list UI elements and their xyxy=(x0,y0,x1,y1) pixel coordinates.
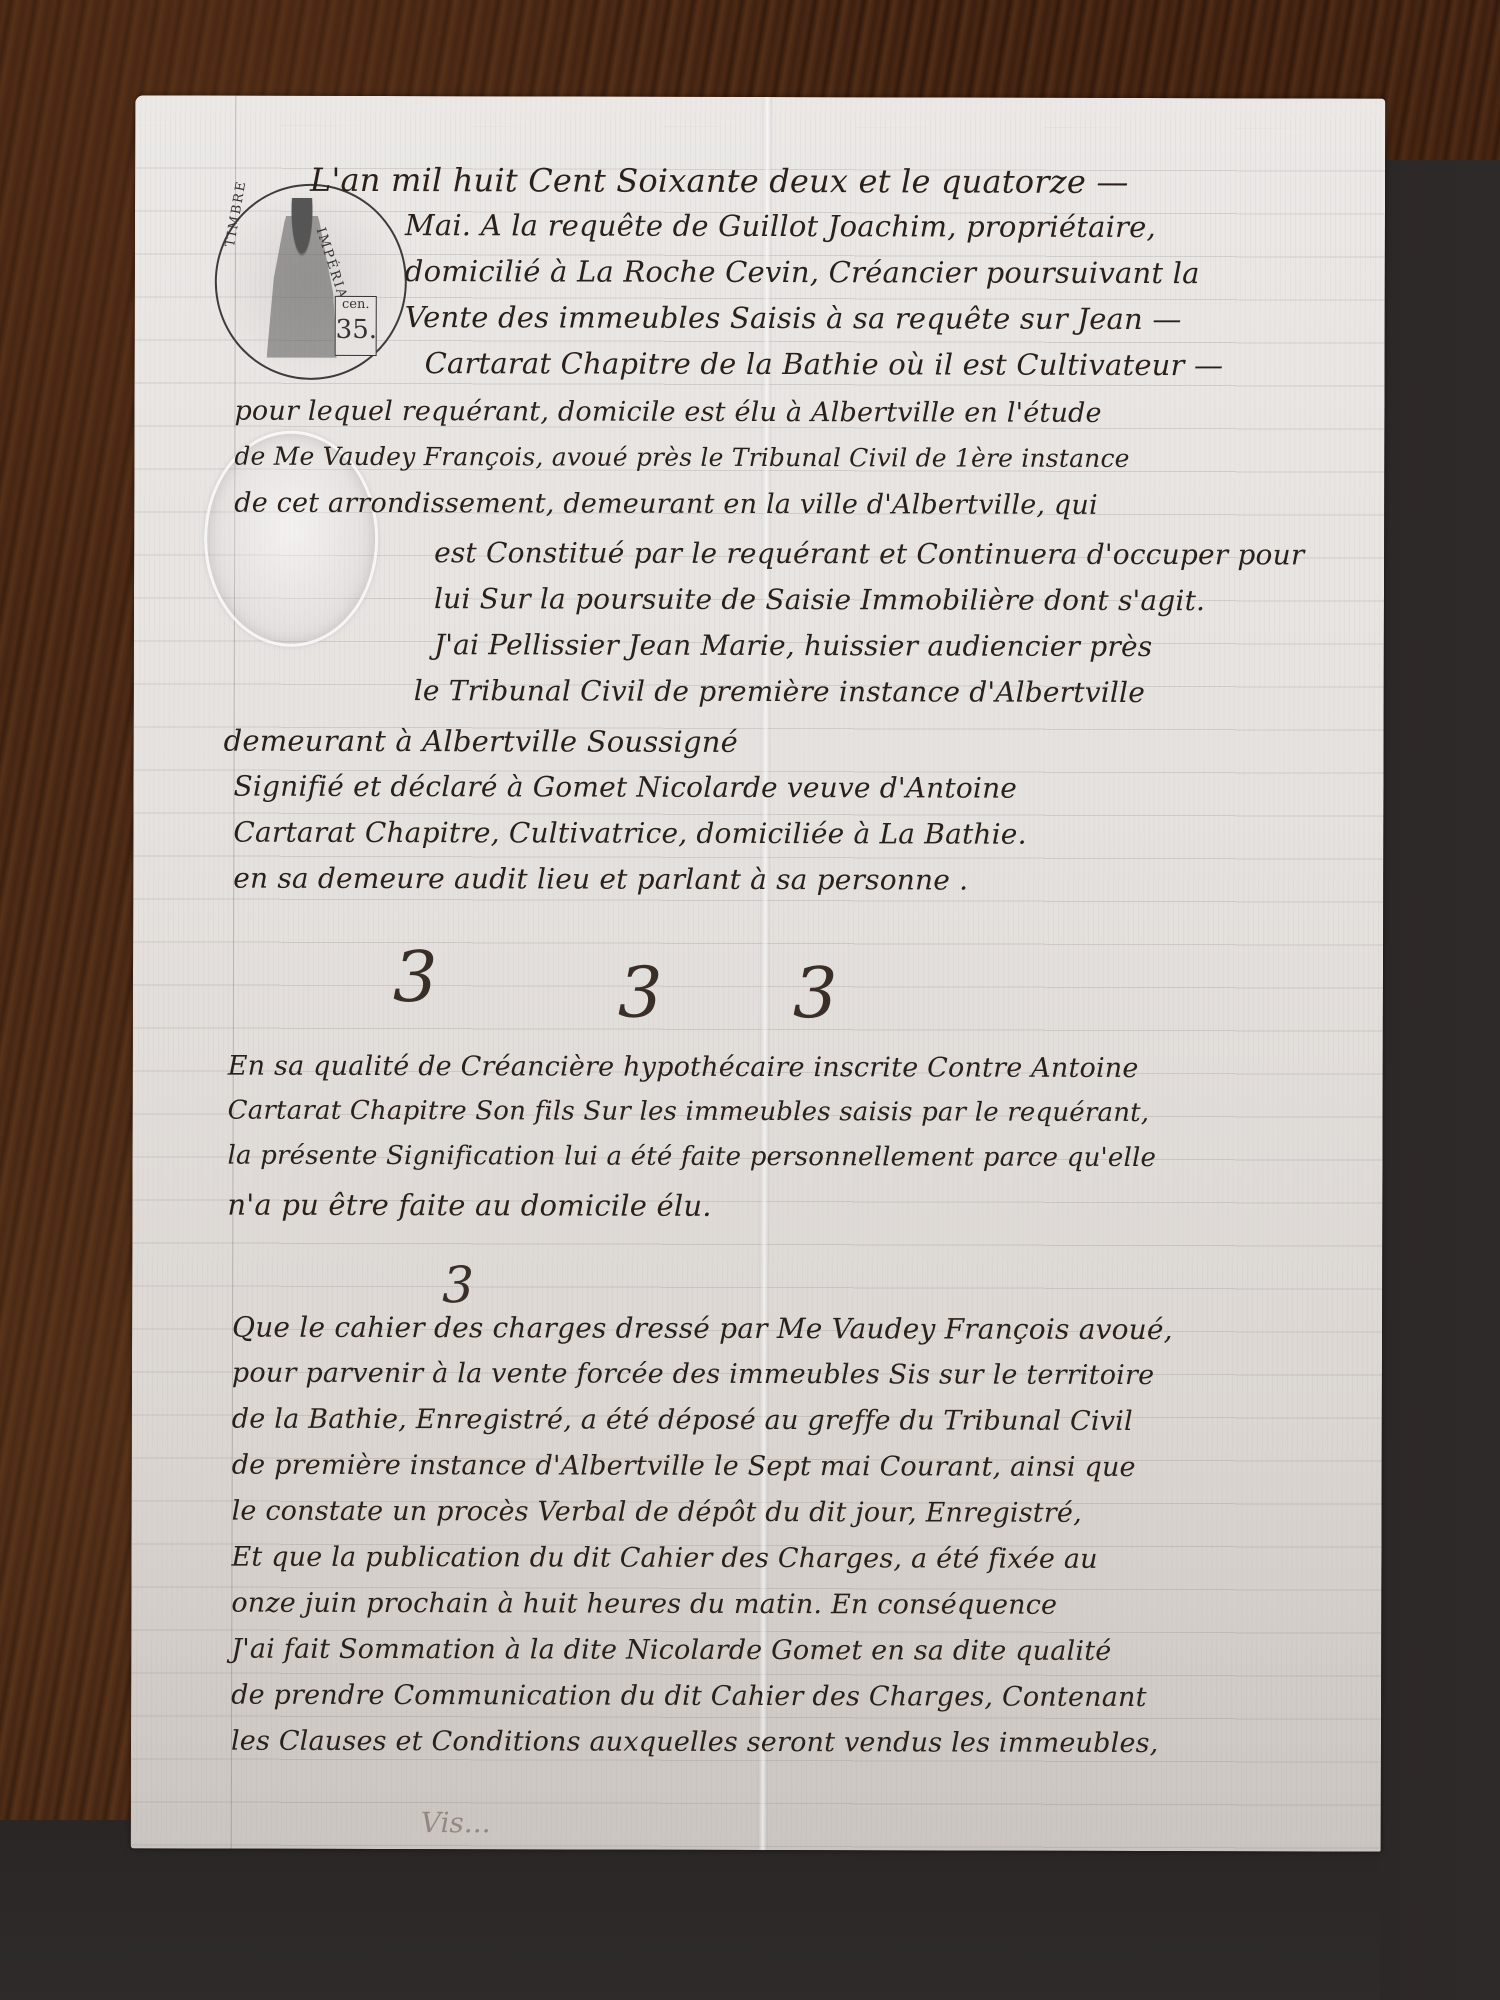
text-line: onze juin prochain à huit heures du mati… xyxy=(231,1588,1057,1621)
bleedthrough-text: Vis... xyxy=(421,1806,491,1839)
imperial-tax-stamp: TIMBRE IMPÉRIAL cen. 35. xyxy=(215,184,408,381)
text-line: Et que la publication du dit Cahier des … xyxy=(231,1542,1097,1575)
pen-mark: 3 xyxy=(618,952,663,1034)
text-line: n'a pu être faite au domicile élu. xyxy=(227,1188,711,1223)
text-line: Vente des immeubles Saisis à sa requête … xyxy=(405,300,1182,336)
text-line: lui Sur la poursuite de Saisie Immobiliè… xyxy=(434,582,1205,617)
document-page: TIMBRE IMPÉRIAL cen. 35. L'an mil huit C… xyxy=(131,95,1386,1851)
justice-figure-icon xyxy=(267,198,337,358)
text-line: le constate un procès Verbal de dépôt du… xyxy=(232,1496,1082,1529)
document-body: L'an mil huit Cent Soixante deux et le q… xyxy=(135,95,1385,98)
text-line: Cartarat Chapitre, Cultivatrice, domicil… xyxy=(233,816,1026,851)
text-line: de première instance d'Albertville le Se… xyxy=(232,1450,1136,1483)
text-line: L'an mil huit Cent Soixante deux et le q… xyxy=(310,161,1129,201)
text-line: En sa qualité de Créancière hypothécaire… xyxy=(228,1051,1139,1084)
text-line: de prendre Communication du dit Cahier d… xyxy=(231,1680,1147,1713)
text-line: la présente Signification lui a été fait… xyxy=(227,1141,1156,1173)
text-line: le Tribunal Civil de première instance d… xyxy=(414,674,1145,709)
text-line: Cartarat Chapitre de la Bathie où il est… xyxy=(425,346,1224,382)
pen-mark: 3 xyxy=(393,936,438,1018)
text-line: pour lequel requérant, domicile est élu … xyxy=(234,396,1101,429)
text-line: J'ai fait Sommation à la dite Nicolarde … xyxy=(231,1634,1111,1667)
text-line: de la Bathie, Enregistré, a été déposé a… xyxy=(232,1404,1133,1437)
stamp-denomination: cen. 35. xyxy=(335,296,377,356)
text-line: de cet arrondissement, demeurant en la v… xyxy=(234,488,1098,521)
text-line: les Clauses et Conditions auxquelles ser… xyxy=(231,1726,1159,1759)
stamp-value: 35. xyxy=(336,313,376,347)
text-line: est Constitué par le requérant et Contin… xyxy=(434,536,1304,571)
text-line: Mai. A la requête de Guillot Joachim, pr… xyxy=(405,208,1156,244)
stamp-unit: cen. xyxy=(336,297,376,313)
text-line: domicilié à La Roche Cevin, Créancier po… xyxy=(405,254,1200,290)
table-shadow-right xyxy=(1380,160,1500,2000)
text-line: en sa demeure audit lieu et parlant à sa… xyxy=(233,862,968,897)
pen-mark: 3 xyxy=(442,1256,474,1314)
text-line: demeurant à Albertville Soussigné xyxy=(224,724,738,759)
text-line: Signifié et déclaré à Gomet Nicolarde ve… xyxy=(233,770,1017,805)
pen-mark: 3 xyxy=(793,952,838,1034)
text-line: Cartarat Chapitre Son fils Sur les immeu… xyxy=(228,1096,1150,1128)
text-line: de Me Vaudey François, avoué près le Tri… xyxy=(234,442,1129,473)
text-line: J'ai Pellissier Jean Marie, huissier aud… xyxy=(434,628,1153,663)
text-line: pour parvenir à la vente forcée des imme… xyxy=(232,1358,1154,1391)
text-line: Que le cahier des charges dressé par Me … xyxy=(232,1311,1173,1346)
